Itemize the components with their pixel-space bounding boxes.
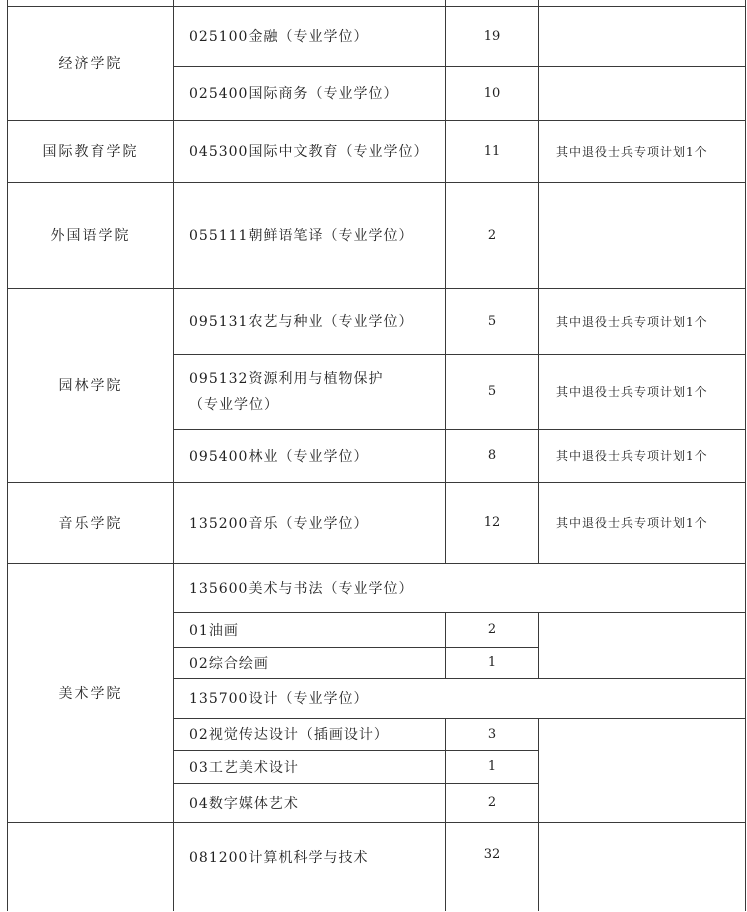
count-cell: 10 bbox=[446, 66, 539, 120]
count-cell: 3 bbox=[446, 718, 539, 750]
count-cell: 1 bbox=[446, 750, 539, 783]
note-cell bbox=[539, 822, 746, 911]
count-cell: 5 bbox=[446, 354, 539, 429]
table-row: 外国语学院 055111朝鲜语笔译（专业学位） 2 bbox=[8, 182, 746, 288]
college-cell: 外国语学院 bbox=[8, 182, 174, 288]
document-page: 经济学院 025100金融（专业学位） 19 025400国际商务（专业学位） … bbox=[0, 0, 747, 912]
count-cell: 32 bbox=[446, 822, 539, 911]
count-cell: 11 bbox=[446, 120, 539, 182]
note-cell: 其中退役士兵专项计划1个 bbox=[539, 354, 746, 429]
table-row: 音乐学院 135200音乐（专业学位） 12 其中退役士兵专项计划1个 bbox=[8, 482, 746, 563]
table-row: 经济学院 025100金融（专业学位） 19 bbox=[8, 6, 746, 66]
program-cell: 045300国际中文教育（专业学位） bbox=[174, 120, 446, 182]
table-row: 081200计算机科学与技术 32 bbox=[8, 822, 746, 911]
program-line-1: 095132资源利用与植物保护 bbox=[189, 366, 445, 392]
table-row: 国际教育学院 045300国际中文教育（专业学位） 11 其中退役士兵专项计划1… bbox=[8, 120, 746, 182]
college-cell: 国际教育学院 bbox=[8, 120, 174, 182]
college-cell: 园林学院 bbox=[8, 288, 174, 482]
program-cell: 02视觉传达设计（插画设计） bbox=[174, 718, 446, 750]
college-cell: 音乐学院 bbox=[8, 482, 174, 563]
program-cell: 095132资源利用与植物保护 （专业学位） bbox=[174, 354, 446, 429]
program-cell: 135200音乐（专业学位） bbox=[174, 482, 446, 563]
count-cell: 19 bbox=[446, 6, 539, 66]
note-cell bbox=[539, 182, 746, 288]
program-cell: 025100金融（专业学位） bbox=[174, 6, 446, 66]
program-cell: 055111朝鲜语笔译（专业学位） bbox=[174, 182, 446, 288]
program-cell: 095131农艺与种业（专业学位） bbox=[174, 288, 446, 354]
program-cell: 095400林业（专业学位） bbox=[174, 429, 446, 482]
program-cell: 01油画 bbox=[174, 612, 446, 647]
count-cell: 2 bbox=[446, 612, 539, 647]
college-cell bbox=[8, 822, 174, 911]
count-cell: 8 bbox=[446, 429, 539, 482]
table-row: 美术学院 135600美术与书法（专业学位） bbox=[8, 563, 746, 612]
note-cell bbox=[539, 612, 746, 678]
note-cell: 其中退役士兵专项计划1个 bbox=[539, 288, 746, 354]
note-cell bbox=[539, 66, 746, 120]
note-cell bbox=[539, 718, 746, 822]
note-cell: 其中退役士兵专项计划1个 bbox=[539, 482, 746, 563]
count-cell: 2 bbox=[446, 182, 539, 288]
count-cell: 12 bbox=[446, 482, 539, 563]
admissions-table: 经济学院 025100金融（专业学位） 19 025400国际商务（专业学位） … bbox=[7, 0, 746, 911]
table-row: 园林学院 095131农艺与种业（专业学位） 5 其中退役士兵专项计划1个 bbox=[8, 288, 746, 354]
program-cell: 025400国际商务（专业学位） bbox=[174, 66, 446, 120]
program-cell: 02综合绘画 bbox=[174, 647, 446, 678]
program-cell: 04数字媒体艺术 bbox=[174, 783, 446, 822]
note-cell: 其中退役士兵专项计划1个 bbox=[539, 120, 746, 182]
program-cell: 081200计算机科学与技术 bbox=[174, 822, 446, 911]
program-cell: 03工艺美术设计 bbox=[174, 750, 446, 783]
program-cell: 135700设计（专业学位） bbox=[174, 678, 746, 718]
note-cell bbox=[539, 6, 746, 66]
count-cell: 1 bbox=[446, 647, 539, 678]
count-cell: 5 bbox=[446, 288, 539, 354]
program-cell: 135600美术与书法（专业学位） bbox=[174, 563, 746, 612]
college-cell: 美术学院 bbox=[8, 563, 174, 822]
note-cell: 其中退役士兵专项计划1个 bbox=[539, 429, 746, 482]
college-cell: 经济学院 bbox=[8, 6, 174, 120]
program-line-2: （专业学位） bbox=[189, 392, 445, 418]
count-cell: 2 bbox=[446, 783, 539, 822]
